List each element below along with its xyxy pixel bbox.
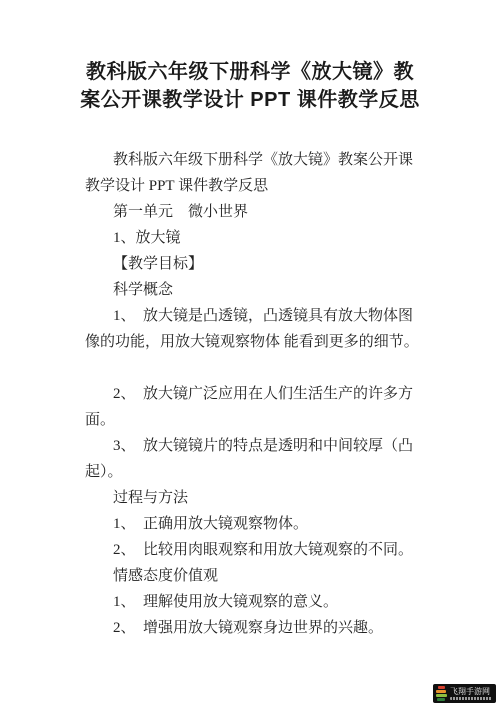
body-line: 教科版六年级下册科学《放大镜》教案公开课 bbox=[85, 147, 494, 173]
body-line: 2、 增强用放大镜观察身边世界的兴趣。 bbox=[85, 615, 494, 641]
body-line: 3、 放大镜镜片的特点是透明和中间较厚（凸 bbox=[85, 433, 494, 459]
watermark-badge: 飞翔手游网 bbox=[433, 684, 496, 703]
body-line: 第一单元 微小世界 bbox=[85, 199, 494, 225]
watermark-text-block: 飞翔手游网 bbox=[450, 687, 492, 700]
body-line bbox=[85, 355, 494, 381]
body-line: 过程与方法 bbox=[85, 485, 494, 511]
body-line: 科学概念 bbox=[85, 277, 494, 303]
document-title-line-2: 案公开课教学设计 PPT 课件教学反思 bbox=[30, 86, 470, 114]
body-line: 1、放大镜 bbox=[85, 225, 494, 251]
document-body: 教科版六年级下册科学《放大镜》教案公开课教学设计 PPT 课件教学反思第一单元 … bbox=[85, 147, 494, 641]
body-line: 1、 放大镜是凸透镜，凸透镜具有放大物体图 bbox=[85, 303, 494, 329]
body-line: 1、 理解使用放大镜观察的意义。 bbox=[85, 589, 494, 615]
body-line: 教学设计 PPT 课件教学反思 bbox=[85, 173, 494, 199]
body-line: 起）。 bbox=[85, 459, 494, 485]
body-line: 2、 放大镜广泛应用在人们生活生产的许多方 bbox=[85, 381, 494, 407]
body-line: 情感态度价值观 bbox=[85, 563, 494, 589]
watermark-subtext-line bbox=[450, 697, 492, 700]
body-line: 1、 正确用放大镜观察物体。 bbox=[85, 511, 494, 537]
document-page: 教科版六年级下册科学《放大镜》教 案公开课教学设计 PPT 课件教学反思 教科版… bbox=[0, 0, 500, 707]
watermark-logo-icon bbox=[436, 686, 447, 701]
body-line: 像的功能，用放大镜观察物体 能看到更多的细节。 bbox=[85, 329, 494, 355]
document-title: 教科版六年级下册科学《放大镜》教 案公开课教学设计 PPT 课件教学反思 bbox=[30, 58, 470, 114]
body-line: 【教学目标】 bbox=[85, 251, 494, 277]
watermark-site-name: 飞翔手游网 bbox=[450, 687, 492, 696]
body-line: 面。 bbox=[85, 407, 494, 433]
document-title-line-1: 教科版六年级下册科学《放大镜》教 bbox=[30, 58, 470, 86]
body-line: 2、 比较用肉眼观察和用放大镜观察的不同。 bbox=[85, 537, 494, 563]
